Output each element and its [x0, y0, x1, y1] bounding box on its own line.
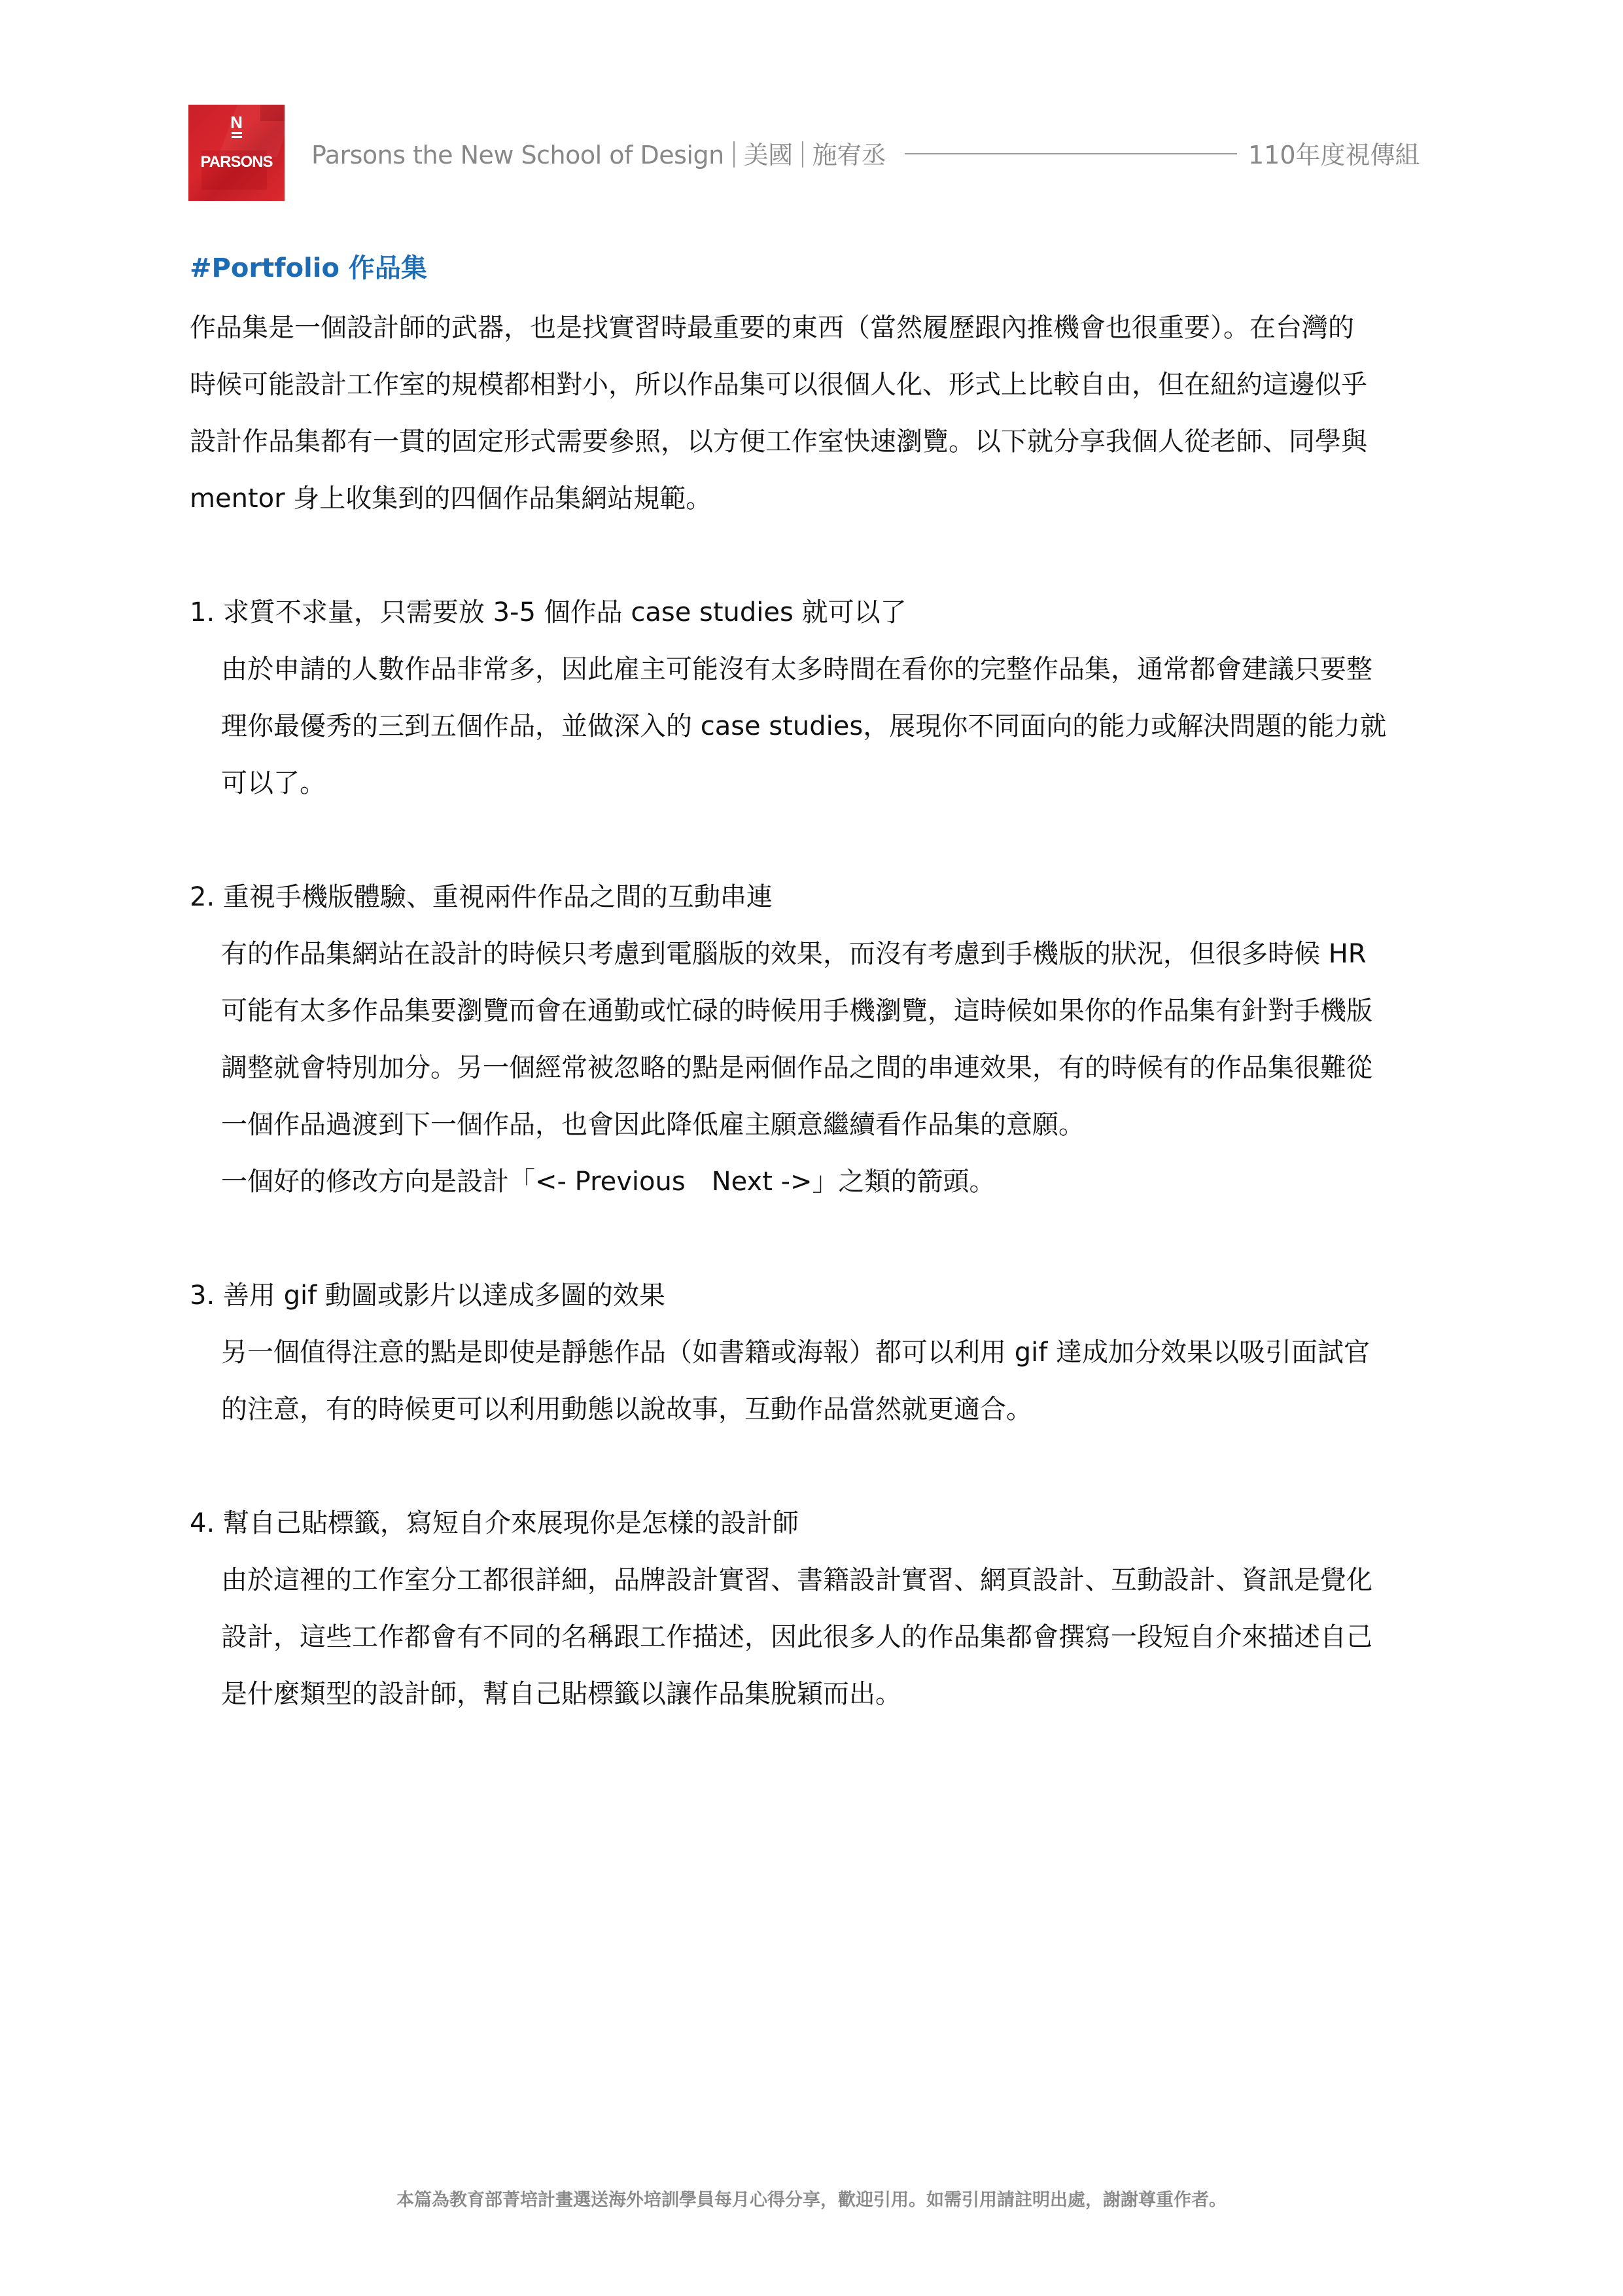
paragraph-line: 作品集是一個設計師的武器，也是找實習時最重要的東西（當然履歷跟內推機會也很重要）… — [190, 300, 1433, 357]
parsons-logo: N PARSONS — [188, 105, 285, 201]
paragraph-line: 由於申請的人數作品非常多，因此雇主可能沒有太多時間在看你的完整作品集，通常都會建… — [221, 641, 1433, 698]
logo-wordmark: PARSONS — [188, 153, 285, 171]
list-item: 2. 重視手機版體驗、重視兩件作品之間的互動串連 有的作品集網站在設計的時候只考… — [190, 869, 1433, 1210]
school-name: Parsons the New School of Design — [311, 141, 724, 169]
paragraph-line: 的注意，有的時候更可以利用動態以說故事，互動作品當然就更適合。 — [221, 1381, 1433, 1438]
divider — [802, 141, 803, 168]
paragraph-line: 有的作品集網站在設計的時候只考慮到電腦版的效果，而沒有考慮到手機版的狀況，但很多… — [221, 926, 1433, 983]
paragraph-line: 是什麼類型的設計師，幫自己貼標籤以讓作品集脫穎而出。 — [221, 1666, 1433, 1723]
paragraph-line: 由於這裡的工作室分工都很詳細，品牌設計實習、書籍設計實習、網頁設計、互動設計、資… — [221, 1552, 1433, 1609]
item-body: 由於這裡的工作室分工都很詳細，品牌設計實習、書籍設計實習、網頁設計、互動設計、資… — [190, 1552, 1433, 1723]
item-body: 有的作品集網站在設計的時候只考慮到電腦版的效果，而沒有考慮到手機版的狀況，但很多… — [190, 926, 1433, 1210]
divider — [733, 141, 735, 168]
header-rule — [905, 153, 1237, 154]
item-heading: 1. 求質不求量，只需要放 3-5 個作品 case studies 就可以了 — [190, 584, 1433, 641]
section-title: #Portfolio 作品集 — [190, 249, 1433, 288]
paragraph-line: mentor 身上收集到的四個作品集網站規範。 — [190, 470, 1433, 527]
page-header: N PARSONS Parsons the New School of Desi… — [188, 105, 1444, 202]
paragraph-line: 設計，這些工作都會有不同的名稱跟工作描述，因此很多人的作品集都會撰寫一段短自介來… — [221, 1609, 1433, 1666]
list-item: 1. 求質不求量，只需要放 3-5 個作品 case studies 就可以了 … — [190, 584, 1433, 812]
paragraph-line: 另一個值得注意的點是即使是靜態作品（如書籍或海報）都可以利用 gif 達成加分效… — [221, 1324, 1433, 1381]
paragraph-line: 一個作品過渡到下一個作品，也會因此降低雇主願意繼續看作品集的意願。 — [221, 1097, 1433, 1154]
item-body: 由於申請的人數作品非常多，因此雇主可能沒有太多時間在看你的完整作品集，通常都會建… — [190, 641, 1433, 812]
list-item: 4. 幫自己貼標籤，寫短自介來展現你是怎樣的設計師 由於這裡的工作室分工都很詳細… — [190, 1495, 1433, 1723]
paragraph-line: 理你最優秀的三到五個作品，並做深入的 case studies，展現你不同面向的… — [221, 698, 1433, 755]
header-title: Parsons the New School of Design美國施宥丞 — [311, 135, 886, 168]
item-heading: 3. 善用 gif 動圖或影片以達成多圖的效果 — [190, 1267, 1433, 1324]
paragraph-line: 設計作品集都有一貫的固定形式需要參照，以方便工作室快速瀏覽。以下就分享我個人從老… — [190, 414, 1433, 470]
item-heading: 4. 幫自己貼標籤，寫短自介來展現你是怎樣的設計師 — [190, 1495, 1433, 1552]
paragraph-line: 一個好的修改方向是設計「<- Previous Next ->」之類的箭頭。 — [221, 1154, 1433, 1210]
country: 美國 — [744, 141, 793, 169]
paragraph-line: 調整就會特別加分。另一個經常被忽略的點是兩個作品之間的串連效果，有的時候有的作品… — [221, 1040, 1433, 1097]
list-item: 3. 善用 gif 動圖或影片以達成多圖的效果 另一個值得注意的點是即使是靜態作… — [190, 1267, 1433, 1438]
author-name: 施宥丞 — [812, 141, 886, 169]
article-body: #Portfolio 作品集 作品集是一個設計師的武器，也是找實習時最重要的東西… — [190, 249, 1433, 1723]
paragraph-line: 時候可能設計工作室的規模都相對小，所以作品集可以很個人化、形式上比較自由，但在紐… — [190, 357, 1433, 414]
new-school-n-mark-icon: N — [188, 114, 285, 138]
item-heading: 2. 重視手機版體驗、重視兩件作品之間的互動串連 — [190, 869, 1433, 926]
program-label: 110年度視傳組 — [1248, 135, 1420, 171]
paragraph-line: 可能有太多作品集要瀏覽而會在通勤或忙碌的時候用手機瀏覽，這時候如果你的作品集有針… — [221, 983, 1433, 1040]
n-mark-bar — [232, 132, 242, 134]
n-mark-bar — [232, 136, 242, 138]
paragraph-line: 可以了。 — [221, 755, 1433, 812]
item-body: 另一個值得注意的點是即使是靜態作品（如書籍或海報）都可以利用 gif 達成加分效… — [190, 1324, 1433, 1438]
footer-note: 本篇為教育部菁培計畫選送海外培訓學員每月心得分享，歡迎引用。如需引用請註明出處，… — [0, 2185, 1623, 2211]
intro-paragraph: 作品集是一個設計師的武器，也是找實習時最重要的東西（當然履歷跟內推機會也很重要）… — [190, 300, 1433, 527]
